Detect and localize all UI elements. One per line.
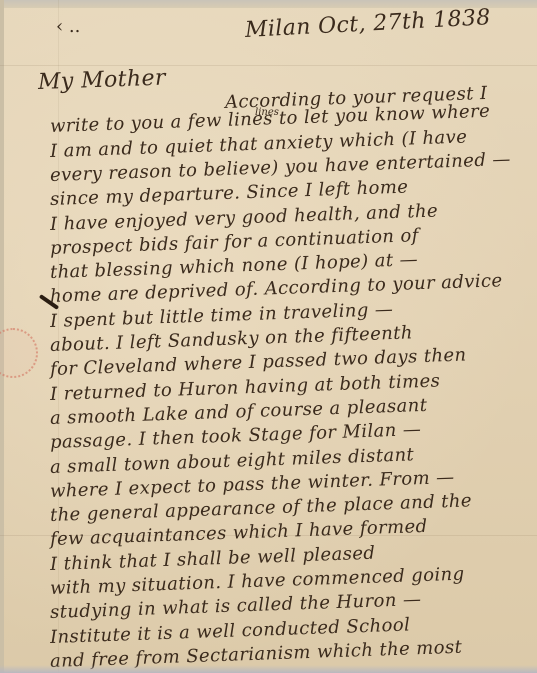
page-bottom-edge (0, 665, 537, 673)
place-and-date: Milan Oct, 27th 1838 (244, 5, 491, 43)
fold-line (0, 65, 537, 66)
corner-mark: ‹ .. (56, 16, 80, 37)
red-seal-stain (0, 328, 38, 378)
salutation: My Mother (38, 66, 167, 95)
letter-page: ‹ .. Milan Oct, 27th 1838 My Mother line… (0, 0, 537, 673)
